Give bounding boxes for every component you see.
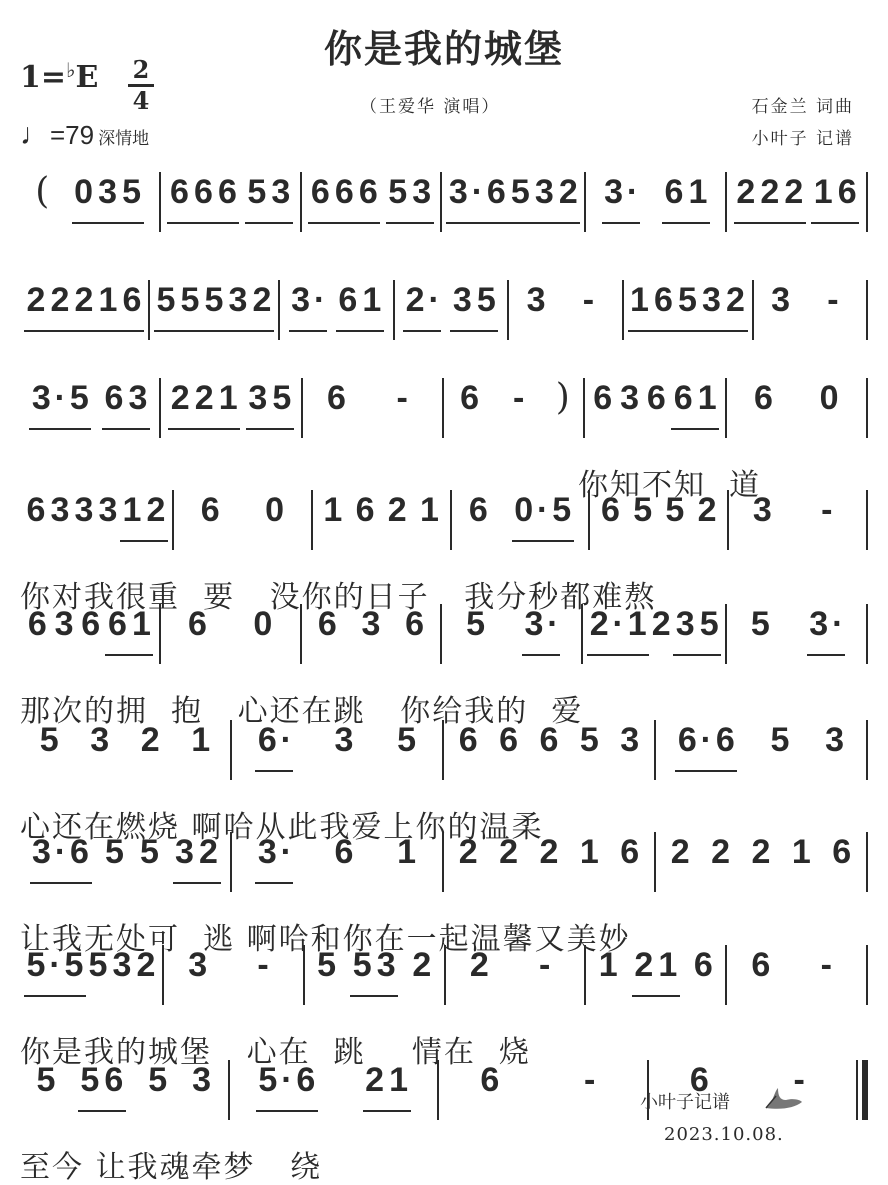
barline [866,832,868,892]
dash-extension: - [245,945,281,985]
note: 6 [215,172,239,212]
notation-line: (03566653666533·65323·6122216 [20,172,868,242]
note: 6 [255,720,279,760]
note-group: 5 [138,832,162,882]
note: 0 [251,604,275,644]
note: 6 [458,378,482,418]
note: 1 [129,604,153,644]
note: 2 [144,490,168,530]
note: 6 [644,378,668,418]
dot-extension: · [699,720,713,760]
barline [866,172,868,232]
note: 2 [168,378,192,418]
note-group: 3· [289,280,327,332]
measure: 3·65532 [20,832,230,884]
note-group: 6 [598,490,622,540]
note-group: - [501,378,537,428]
measure: 2·1235 [583,604,725,656]
note-group: 2 [467,945,491,995]
note: 2 [724,280,748,320]
note-group: 5·6 [256,1060,318,1112]
note-group: 6·6 [675,720,737,772]
note: 2 [192,378,216,418]
note: 2 [668,832,692,872]
note: 2 [734,172,758,212]
note: 2 [497,832,521,872]
final-barline [856,1060,868,1120]
note: 1 [811,172,835,212]
note: 5 [103,832,127,872]
measure: 6-) [444,378,583,428]
note-group: 5 [631,490,655,540]
note: 1 [417,490,441,530]
note-group: 035 [72,172,144,224]
note-group: 6 [751,378,775,428]
measure: 5·5532 [20,945,162,997]
note: 6 [185,604,209,644]
measure: 53· [727,604,866,656]
measure: 60 [727,378,866,428]
note-group: 5 [464,604,488,654]
note: 6 [478,1060,502,1100]
note-group: 3· [522,604,560,656]
note: 6 [835,172,859,212]
note-group: 5 [86,945,110,995]
note-group: 6 [324,378,348,428]
note: 5 [663,490,687,530]
note-group: 3 [96,490,120,540]
note: 3 [255,832,279,872]
note-group: 61 [105,604,153,656]
note: 3 [359,604,383,644]
note: 3 [96,490,120,530]
note: 2 [72,280,96,320]
note-group: 16 [628,280,676,332]
note: 1 [686,172,710,212]
note-group: 63 [102,378,150,430]
dash-extension: - [527,945,563,985]
note: 2 [385,490,409,530]
note: 6 [24,490,48,530]
note: 3 [269,172,293,212]
note-group: 5 [663,490,687,540]
measure: 5321 [20,720,230,770]
note: 0 [817,378,841,418]
dot-extension: · [470,172,484,212]
dash-extension: - [572,1060,608,1100]
measure: 66653 [302,172,441,224]
note-group: 3 [88,720,112,770]
note-group: 532 [202,280,274,332]
note: 3 [450,280,474,320]
note-group: 6 [24,490,48,540]
note-group: 6 [456,720,480,770]
note: 2 [24,280,48,320]
note-group: 16 [96,280,144,332]
dot-extension: · [626,172,640,212]
note: 3 [750,490,774,530]
note: 6 [79,604,103,644]
measure: 3·61 [280,280,393,332]
time-sig-top: 2 [128,58,154,82]
note: 6 [102,1060,126,1100]
notation-line: 556535·6216-6- [20,1060,868,1130]
dot-extension: · [313,280,327,320]
key-label: 1= [20,60,66,95]
note: 3 [532,172,556,212]
barline [866,720,868,780]
note: 5 [86,945,110,985]
note: 5 [315,945,339,985]
measure: 3·61 [232,832,442,884]
note-group: 6 [466,490,490,540]
note-group: 5 [37,720,61,770]
note-group: - [808,945,844,995]
measure: 22135 [161,378,300,430]
note-group: 32 [173,832,221,884]
note-group: 1 [417,490,441,540]
note: 2 [197,832,221,872]
note: 3 [602,172,626,212]
note: 5 [550,490,574,530]
note: 2 [467,945,491,985]
open-paren: ( [35,172,49,212]
note: 3 [186,945,210,985]
note: 6 [294,1060,318,1100]
note-group: 5 [395,720,419,770]
note-group: 5 [315,945,339,995]
note-group: 3·5 [29,378,91,430]
note: 6 [671,378,695,418]
note-group: - [527,945,563,995]
note: 5 [62,945,86,985]
note: 0 [512,490,536,530]
note: 6 [336,280,360,320]
note: 1 [321,490,345,530]
note-group: 6 [25,604,49,654]
note: 6 [830,832,854,872]
note-group: 6 [830,832,854,882]
note-group: 3 [823,720,847,770]
note-group: 16 [811,172,859,224]
note: 5 [146,1060,170,1100]
note: 6 [456,720,480,760]
measure: 633312 [20,490,172,542]
dot-extension: · [536,490,550,530]
dot-extension: · [279,720,293,760]
measure: 3- [729,490,866,540]
note-group: - [572,1060,608,1110]
note: 1 [789,832,813,872]
note: 2 [410,945,434,985]
note-group: 5 [103,832,127,882]
measure: 1216 [586,945,725,997]
note: 0 [263,490,287,530]
note: 6 [691,945,715,985]
note: 2 [363,1060,387,1100]
note: 6 [102,378,126,418]
note: 1 [216,378,240,418]
dot-extension: · [53,378,67,418]
notation-line: 5·55323-55322-12166- [20,945,868,1015]
measure: 22216 [656,832,866,882]
note: 2 [48,280,72,320]
note-group: 2 [410,945,434,995]
note-group: - [384,378,420,428]
note: 6 [315,604,339,644]
note-group: 2 [456,832,480,882]
note: 3 [52,604,76,644]
measure: 22216 [20,280,148,332]
note: 3 [618,378,642,418]
note: 6 [167,172,191,212]
note: 2 [138,720,162,760]
note: 2 [749,832,773,872]
note-group: - [245,945,281,995]
dot-extension: · [611,604,625,644]
note-group: 6 [618,832,642,882]
note-group: 2 [497,832,521,882]
measure: 22216 [444,832,654,882]
note: 0 [72,172,96,212]
time-signature: 24 [128,58,154,113]
note: 5 [464,604,488,644]
notation-line: 3·563221356-6-)6366160 [20,378,868,448]
note-group: 6 [185,604,209,654]
note: 5 [395,720,419,760]
note: 5 [67,378,91,418]
note: 6 [537,720,561,760]
note-group: 6 [458,378,482,428]
dot-extension: · [546,604,560,644]
note: 6 [356,172,380,212]
note-group: 6· [255,720,293,772]
note: 6 [25,604,49,644]
note: 2 [456,832,480,872]
dash-extension: - [808,945,844,985]
note-group: 1 [189,720,213,770]
note-group: 2 [695,490,719,540]
measure: 2- [446,945,585,995]
measure: 6552 [590,490,727,540]
note-group: 3 [190,1060,214,1110]
note: 6 [749,945,773,985]
note-group: 5 [577,720,601,770]
note-group: 5·5 [24,945,86,997]
note: 6 [675,720,699,760]
note: 2 [709,832,733,872]
note: 6 [353,490,377,530]
note: 3 [410,172,434,212]
note-group: 3 [52,604,76,654]
note: 5 [24,945,48,985]
note-group: 56 [78,1060,126,1112]
note-group: 532 [508,172,580,224]
note: 5 [577,720,601,760]
note: 2 [758,172,782,212]
note-group: 3 [186,945,210,995]
measure: 636 [302,604,441,654]
measure: 6·35 [232,720,442,772]
note: 1 [596,945,620,985]
note: 5 [178,280,202,320]
note: 5 [270,378,294,418]
measure: 22216 [727,172,866,224]
note-group: - [809,490,845,540]
note: 6 [332,172,356,212]
note-group: 53 [245,172,293,224]
note: 6 [713,720,737,760]
note: 1 [656,945,680,985]
note: 1 [189,720,213,760]
note-group: 3 [72,490,96,540]
note-group: 0 [817,378,841,428]
note-group: 6 [79,604,103,654]
note-group: 6 [591,378,615,428]
measure: 3·6532 [442,172,584,224]
note-group: 0·5 [512,490,574,542]
note: 5 [256,1060,280,1100]
note: 6 [324,378,348,418]
barline [866,490,868,550]
measure: 55532 [150,280,278,332]
note-group: 61 [671,378,719,430]
note-group: 2 [668,832,692,882]
note: 3 [289,280,313,320]
note-group: 222 [734,172,806,224]
note-group: 0 [251,604,275,654]
note: 3 [446,172,470,212]
note-group: 3 [48,490,72,540]
barline [866,945,868,1005]
note: 5 [78,1060,102,1100]
dot-extension: · [48,945,62,985]
note-group: 6 [644,378,668,428]
signature-name: 小叶子记谱 [640,1088,730,1114]
note-group: 2· [403,280,441,332]
note: 3 [190,1060,214,1100]
measure: 63661 [20,604,159,656]
measure: 3·61 [586,172,725,224]
measure: 3- [164,945,303,995]
note: 6 [198,490,222,530]
note-group: 532 [676,280,748,332]
barline [866,378,868,438]
note-group: 3 [769,280,793,330]
measure: 5·621 [230,1060,438,1112]
note-group: 35 [673,604,721,656]
quarter-note-icon: ♩ [20,118,50,151]
transcriber-credit: 小叶子 记谱 [752,124,854,149]
note: 5 [154,280,178,320]
note: 3 [88,720,112,760]
note: 2 [782,172,806,212]
note: 1 [625,604,649,644]
note: 5 [34,1060,58,1100]
note-group: 6 [691,945,715,995]
note-group: 2 [138,720,162,770]
note: 3 [30,832,54,872]
note-group: 21 [363,1060,411,1112]
composer-credit: 石金兰 词曲 [752,92,854,117]
note: 5 [120,172,144,212]
measure: 60·5 [452,490,589,542]
note-group: 3 [524,280,548,330]
note: 5 [697,604,721,644]
note: 6 [484,172,508,212]
note-group: ( [35,172,49,222]
note-group: 1 [577,832,601,882]
note-group: ) [556,378,570,428]
note: 5 [386,172,410,212]
notation-line: 63331260162160·565523- [20,490,868,560]
note: 3 [96,172,120,212]
note: 6 [308,172,332,212]
note: 5 [37,720,61,760]
note-group: 3 [359,604,383,654]
signature-date: 2023.10.08. [664,1124,784,1145]
note: 3 [332,720,356,760]
note-group: 5 [768,720,792,770]
dash-extension: - [570,280,606,320]
note-group: 6 [749,945,773,995]
note-group: 3 [332,720,356,770]
close-paren: ) [556,378,570,418]
note-group: 6 [315,604,339,654]
note-group: 5 [146,1060,170,1110]
notation-line: 636616063653·2·123553· [20,604,868,674]
note: 3 [673,604,697,644]
note: 6 [751,378,775,418]
note-group: 666 [308,172,380,224]
note-group: 5 [748,604,772,654]
note: 3 [110,945,134,985]
note-group: 2 [537,832,561,882]
key-signature: 1=♭E [20,60,98,95]
note: 6 [591,378,615,418]
note: 5 [202,280,226,320]
note-group: 3 [110,945,134,995]
dot-extension: · [279,832,293,872]
note: 6 [618,832,642,872]
note: 5 [631,490,655,530]
note: 3 [374,945,398,985]
measure: 60 [161,604,300,654]
note: 3 [522,604,546,644]
note-group: 1 [596,945,620,995]
note-group: 3 [618,378,642,428]
note: 3 [246,378,270,418]
measure: 63661 [585,378,724,430]
measure: 6·653 [656,720,866,772]
barline [866,280,868,340]
note-group: 6 [332,832,356,882]
note: 5 [474,280,498,320]
note: 6 [662,172,686,212]
measure: 16532 [624,280,752,332]
note: 2 [632,945,656,985]
note: 6 [332,832,356,872]
note: 2 [403,280,427,320]
barline [866,604,868,664]
note-group: 2 [649,604,673,654]
notation-line: 53216·35666536·653 [20,720,868,790]
expression-mark: 深情地 [98,129,149,149]
dash-extension: - [501,378,537,418]
note-group: 1 [395,832,419,882]
dash-extension: - [384,378,420,418]
dot-extension: · [427,280,441,320]
